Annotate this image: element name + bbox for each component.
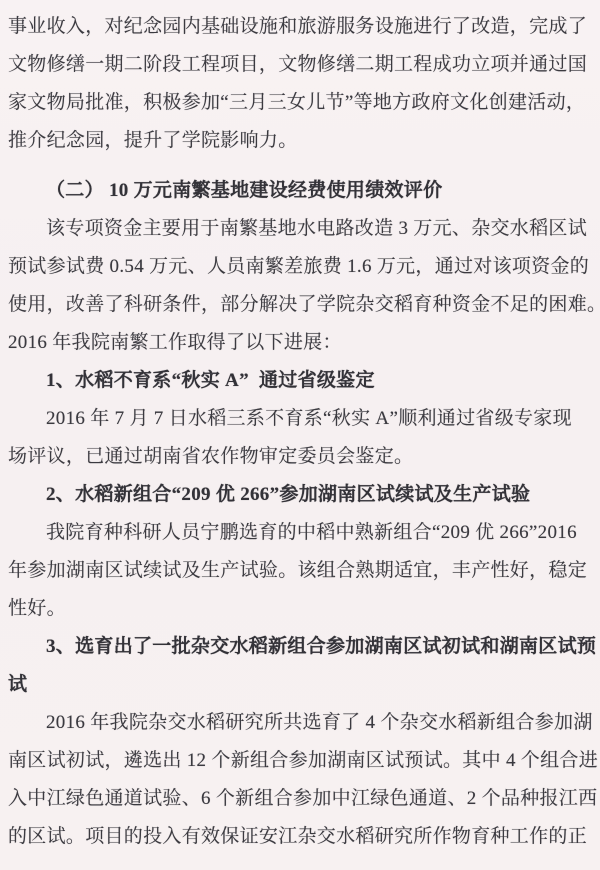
text-line: 事业收入，对纪念园内基础设施和旅游服务设施进行了改造，完成了 [8,8,592,46]
text-line: 场评议，已通过胡南省农作物审定委员会鉴定。 [8,438,592,476]
text-line: 预试参试费 0.54 万元、人员南繁差旅费 1.6 万元，通过对该项资金的 [8,248,592,286]
text-line: 入中江绿色通道试验、6 个新组合参加中江绿色通道、2 个品种报江西 [8,780,592,818]
scanned-document-page: 事业收入，对纪念园内基础设施和旅游服务设施进行了改造，完成了 文物修缮一期二阶段… [0,0,600,870]
text-line: 2016 年 7 月 7 日水稻三系不育系“秋实 A”顺利通过省级专家现 [8,400,592,438]
text-line: 该专项资金主要用于南繁基地水电路改造 3 万元、杂交水稻区试 [8,210,592,248]
subsection-heading-3: 3、选育出了一批杂交水稻新组合参加湖南区试初试和湖南区试预 [8,628,592,666]
subsection-heading-2: 2、水稻新组合“209 优 266”参加湖南区试续试及生产试验 [8,476,592,514]
text-line: 性好。 [8,590,592,628]
text-line: 2016 年我院杂交水稻研究所共选育了 4 个杂交水稻新组合参加湖 [8,704,592,742]
text-line: 南区试初试，遴选出 12 个新组合参加湖南区试预试。其中 4 个组合进 [8,742,592,780]
text-line: 推介纪念园，提升了学院影响力。 [8,122,592,160]
text-line: 文物修缮一期二阶段工程项目，文物修缮二期工程成功立项并通过国 [8,46,592,84]
subsection-heading-1: 1、水稻不育系“秋实 A” 通过省级鉴定 [8,362,592,400]
text-line: 我院育种科研人员宁鹏选育的中稻中熟新组合“209 优 266”2016 [8,514,592,552]
subsection-heading-3-cont: 试 [8,666,592,704]
text-line: 的区试。项目的投入有效保证安江杂交水稻研究所作物育种工作的正 [8,818,592,856]
text-line: 家文物局批准，积极参加“三月三女儿节”等地方政府文化创建活动， [8,84,592,122]
text-line: 2016 年我院南繁工作取得了以下进展： [8,324,592,362]
text-line: 使用，改善了科研条件，部分解决了学院杂交稻育种资金不足的困难。 [8,286,592,324]
section-heading-2: （二） 10 万元南繁基地建设经费使用绩效评价 [8,172,592,210]
text-line: 年参加湖南区试续试及生产试验。该组合熟期适宜，丰产性好，稳定 [8,552,592,590]
